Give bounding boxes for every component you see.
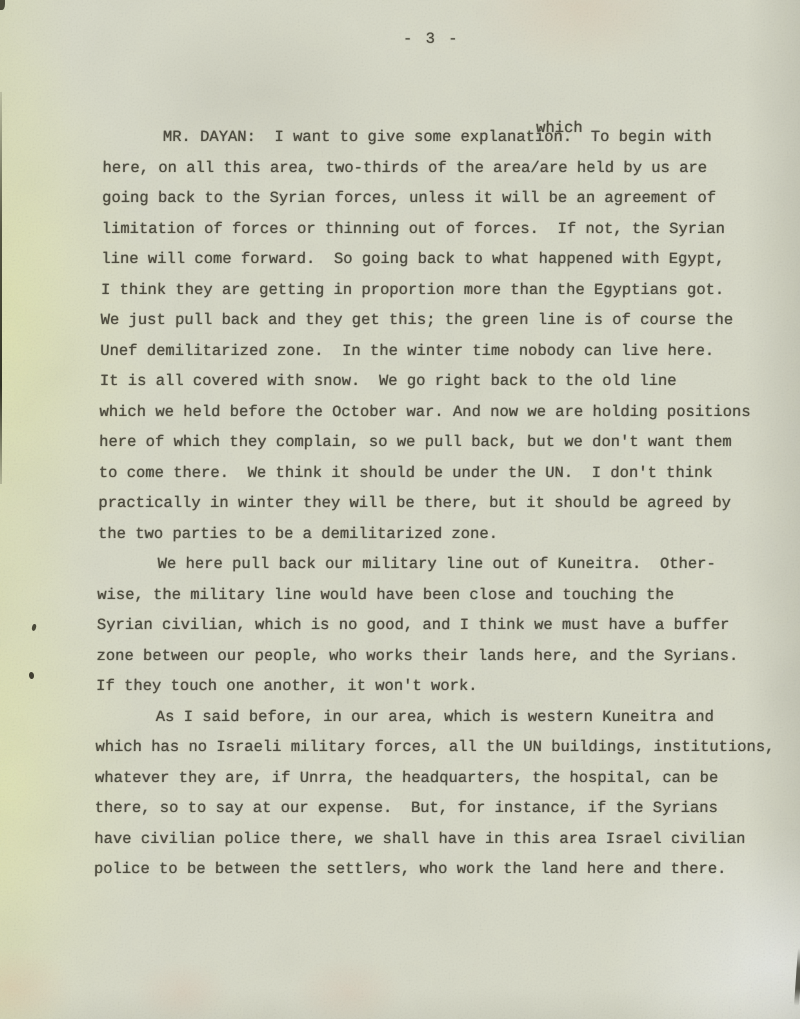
text-line: zone between our people, who works their… — [96, 641, 786, 672]
margin-ink-speck — [29, 672, 35, 680]
text-line: I think they are getting in proportion m… — [101, 275, 791, 306]
paragraph-1: MR. DAYAN: I want to give some explanati… — [98, 122, 793, 549]
text-line: We here pull back our military line out … — [97, 549, 787, 580]
scan-edge-artifact-bottom-right — [794, 948, 800, 1006]
text-line: wise, the military line would have been … — [97, 580, 787, 611]
text-line: there, so to say at our expense. But, fo… — [94, 793, 784, 824]
text-line: which we held before the October war. An… — [99, 397, 789, 428]
text-line: It is all covered with snow. We go right… — [100, 366, 790, 397]
paragraph-3: As I said before, in our area, which is … — [94, 702, 786, 885]
text-line: to come there. We think it should be und… — [99, 458, 789, 489]
text-line: If they touch one another, it won't work… — [96, 671, 786, 702]
text-line: MR. DAYAN: I want to give some explanati… — [103, 122, 793, 153]
margin-ink-speck — [31, 624, 37, 632]
text-line: which has no Israeli military forces, al… — [95, 732, 785, 763]
page-number: - 3 - — [403, 30, 460, 48]
paragraph-2: We here pull back our military line out … — [96, 549, 788, 702]
document-text: MR. DAYAN: I want to give some explanati… — [94, 122, 793, 885]
line-segment: are held by us are — [540, 159, 708, 177]
text-line: police to be between the settlers, who w… — [94, 854, 784, 885]
text-line: Syrian civilian, which is no good, and I… — [97, 610, 787, 641]
text-line: line will come forward. So going back to… — [101, 244, 791, 275]
scanned-document-page: - 3 - MR. DAYAN: I want to give some exp… — [0, 0, 800, 1019]
scan-edge-artifact — [0, 92, 2, 484]
text-line: the two parties to be a demilitarized zo… — [98, 519, 788, 550]
line-segment: here, on all this area, two-thirds of th… — [102, 159, 539, 177]
text-line: going back to the Syrian forces, unless … — [102, 183, 792, 214]
inserted-word: which — [536, 113, 583, 144]
text-line: Unef demilitarized zone. In the winter t… — [100, 336, 790, 367]
text-line: have civilian police there, we shall hav… — [94, 824, 784, 855]
text-line: As I said before, in our area, which is … — [96, 702, 786, 733]
text-line: here of which they complain, so we pull … — [99, 427, 789, 458]
text-line: We just pull back and they get this; the… — [100, 305, 790, 336]
text-line-with-insertion: here, on all this area, two-thirds of th… — [102, 153, 792, 184]
text-line: limitation of forces or thinning out of … — [102, 214, 792, 245]
text-line: practically in winter they will be there… — [98, 488, 788, 519]
scan-corner-artifact — [0, 0, 5, 10]
text-line: whatever they are, if Unrra, the headqua… — [95, 763, 785, 794]
